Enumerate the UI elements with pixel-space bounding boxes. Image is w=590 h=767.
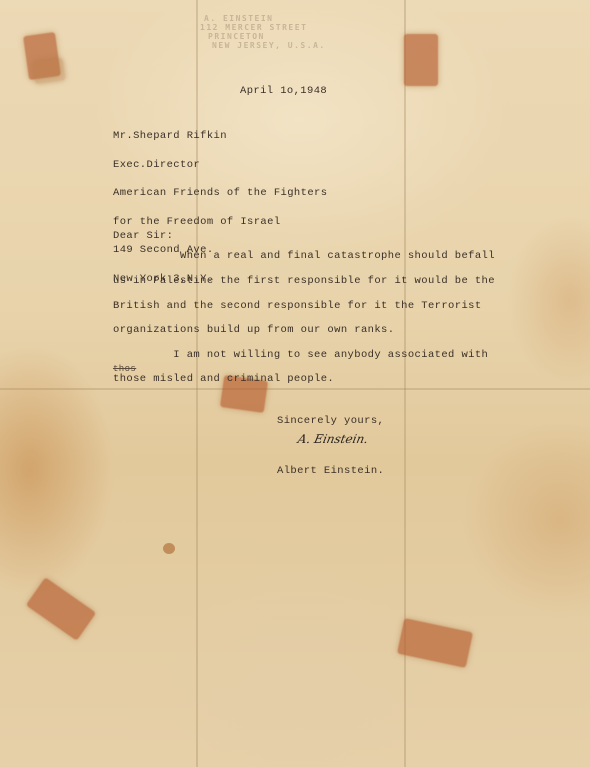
recipient-organization: American Friends of the Fighters — [113, 189, 327, 199]
letter-date: April 1o,1948 — [240, 85, 327, 97]
tape-stain-top-left-faint — [33, 58, 66, 84]
recipient-address: Mr.Shepard Rifkin Exec.Director American… — [113, 113, 327, 294]
letterhead-line: NEW JERSEY, U.S.A. — [200, 41, 380, 50]
letterhead-line: A. EINSTEIN — [200, 14, 380, 23]
fold-line-horizontal — [0, 388, 590, 390]
body-line-final: those misled and criminal people. — [113, 373, 334, 385]
recipient-organization-cont: for the Freedom of Israel — [113, 218, 327, 228]
stain-spot — [163, 543, 175, 554]
letterhead-line: 112 MERCER STREET — [200, 23, 380, 32]
salutation: Dear Sir: — [113, 230, 173, 242]
body-line: organizations build up from our own rank… — [113, 324, 394, 336]
body-line: I am not willing to see anybody associat… — [113, 349, 488, 361]
tape-stain-top-right — [404, 34, 438, 86]
body-line: us in Palestine the first responsible fo… — [113, 275, 495, 287]
body-line: British and the second responsible for i… — [113, 300, 482, 312]
embossed-letterhead: A. EINSTEIN 112 MERCER STREET PRINCETON … — [200, 14, 380, 50]
handwritten-signature: A. Einstein. — [297, 432, 370, 446]
closing: Sincerely yours, — [277, 415, 384, 427]
recipient-name: Mr.Shepard Rifkin — [113, 132, 327, 142]
recipient-title: Exec.Director — [113, 161, 327, 171]
body-line: When a real and final catastrophe should… — [113, 250, 495, 262]
letterhead-line: PRINCETON — [200, 32, 380, 41]
typed-signature-name: Albert Einstein. — [277, 465, 384, 477]
